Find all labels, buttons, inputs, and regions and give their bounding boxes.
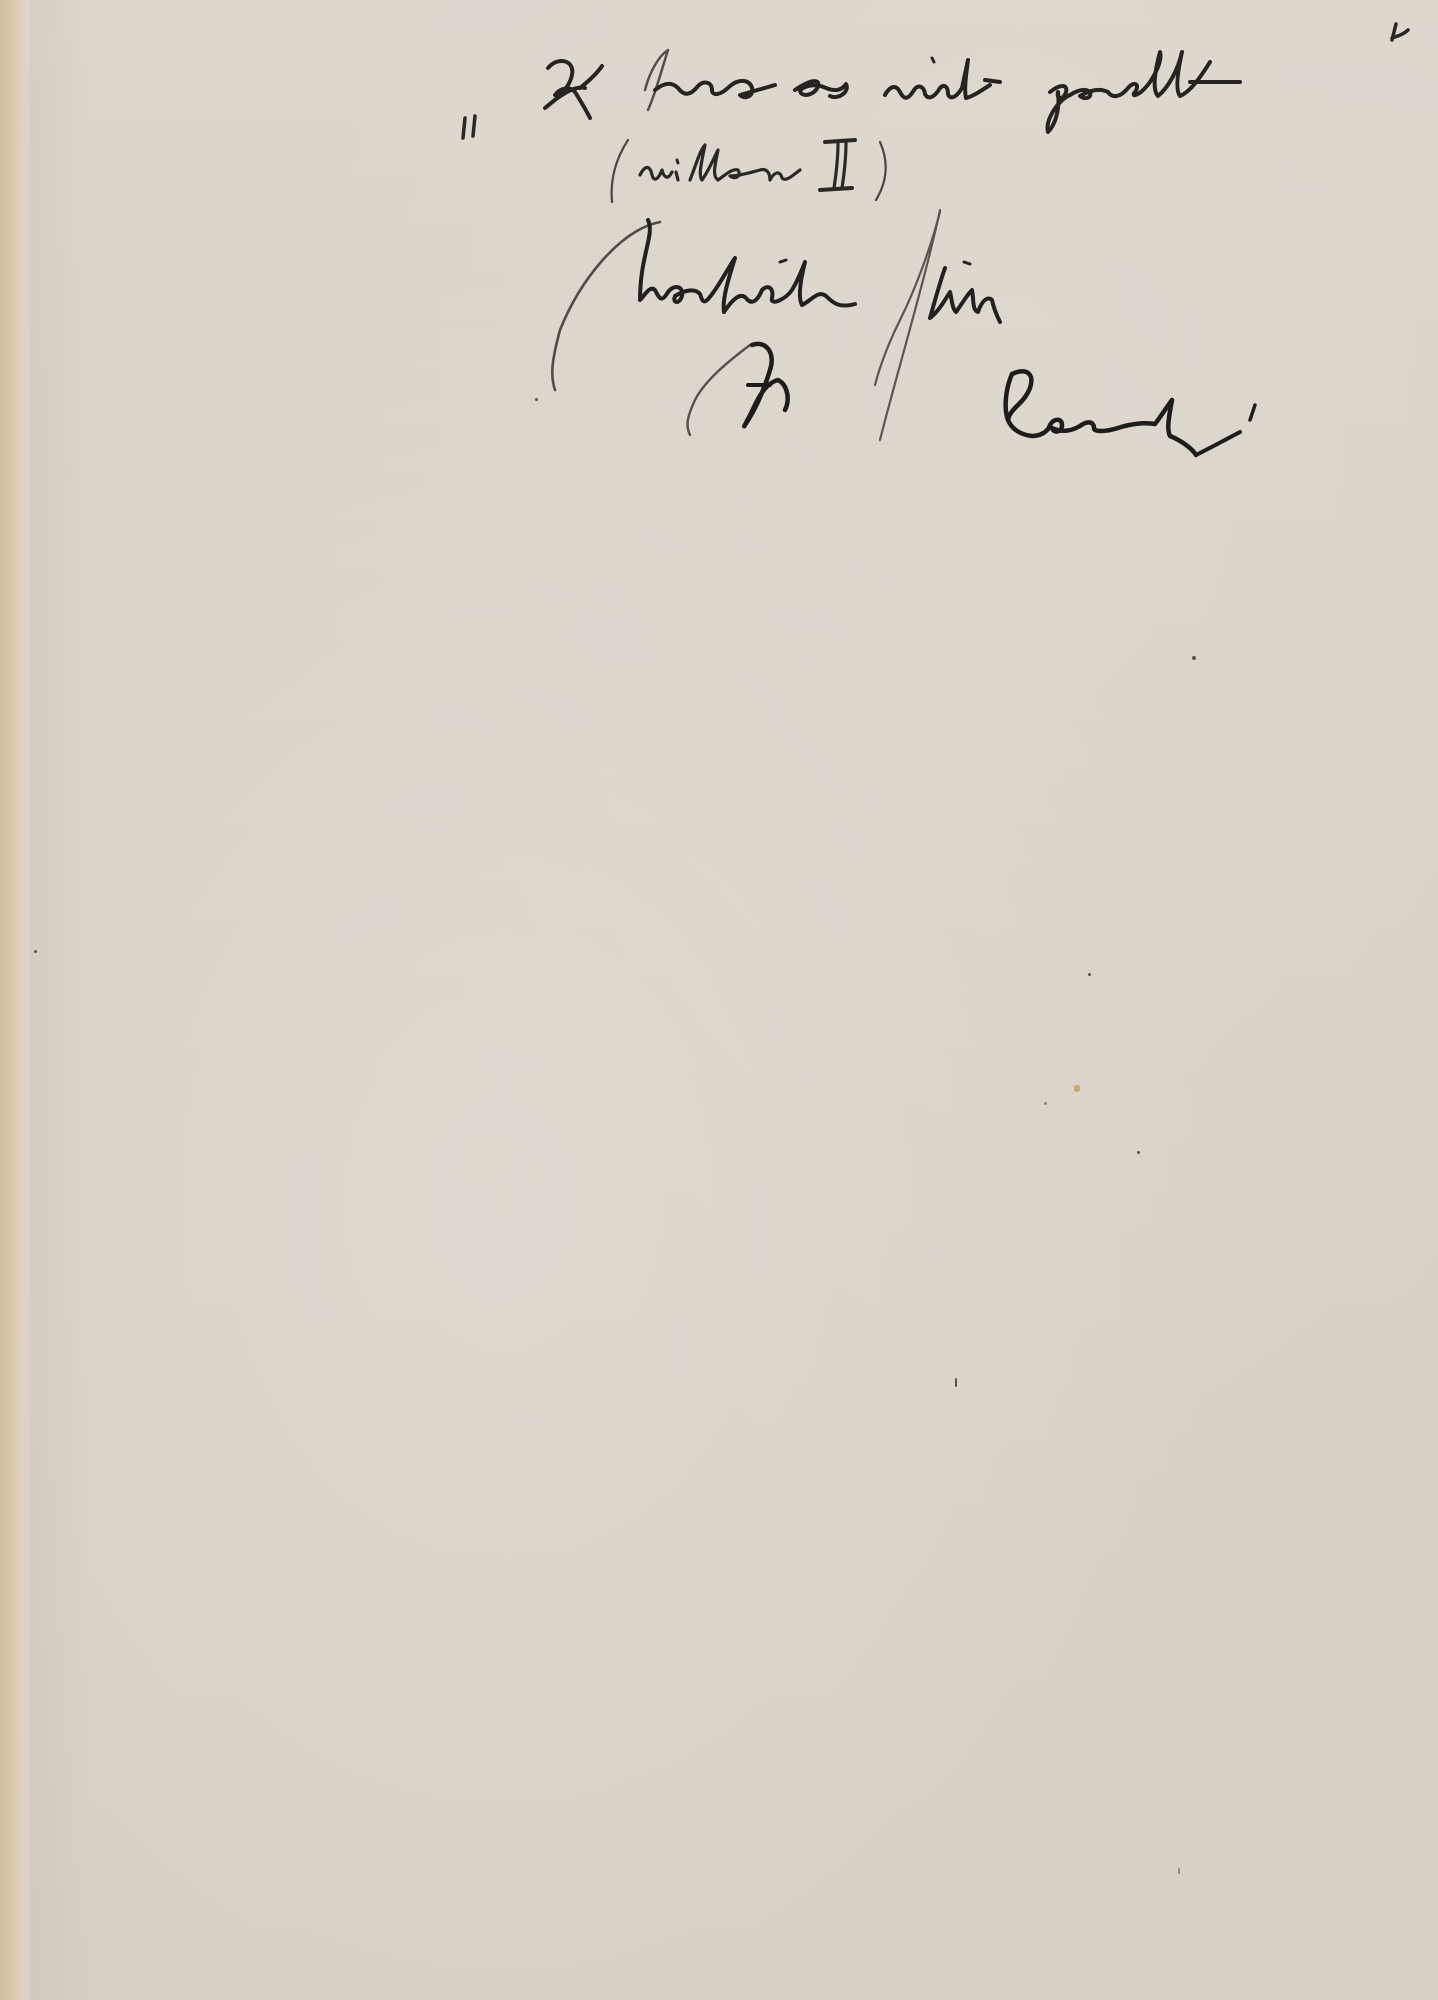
quote-line-ink	[545, 50, 1240, 132]
quote-open-mark-ink	[463, 116, 475, 138]
paper-speck	[34, 950, 37, 953]
paper-speck	[955, 1378, 957, 1387]
handwriting-layer	[0, 0, 1438, 2000]
paper-stain	[1074, 1085, 1080, 1092]
paper-speck	[535, 398, 538, 401]
paper-speck	[1044, 1102, 1047, 1105]
quote-close-mark-ink	[1392, 24, 1408, 40]
document-page: „ Ich habe es nicht gewollt “ (Wilhelm I…	[0, 0, 1438, 2000]
paper-speck	[1178, 1868, 1180, 1874]
attribution-ink	[612, 140, 886, 202]
signature-ink	[688, 210, 1255, 455]
paper-speck	[1137, 1151, 1140, 1154]
paper-speck	[1088, 973, 1091, 976]
paper-speck	[1192, 656, 1196, 660]
